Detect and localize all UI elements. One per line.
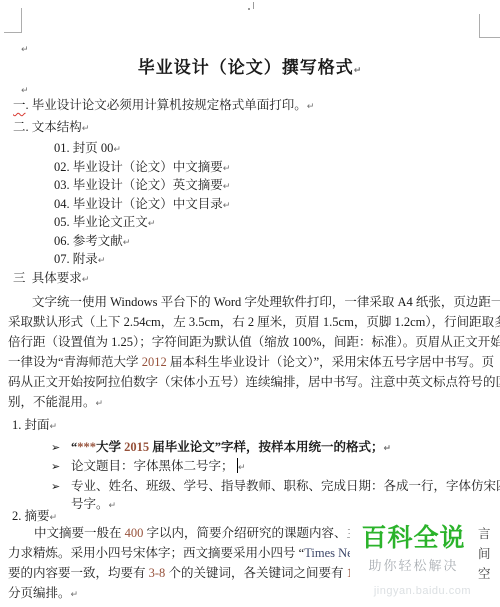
paragraph-line: 码从正文开始按阿拉伯数字（宋体小五号）连续编排，居中书写。注意中英文标点符号的区	[8, 372, 500, 392]
word-document-page[interactable]: ↵ 毕业设计（论文）撰写格式↵ ↵ 一. 毕业设计论文必须用计算机按规定格式单面…	[0, 0, 500, 607]
item-three-requirements: 三 具体要求↵	[13, 268, 89, 288]
item-one-print-rule: 一. 毕业设计论文必须用计算机按规定格式单面打印。↵	[13, 95, 314, 115]
margin-corner-mark-top-left-vertical	[21, 8, 22, 33]
clipped-text-fragment: 空	[478, 564, 492, 582]
document-title: 毕业设计（论文）撰写格式↵	[0, 56, 500, 80]
paragraph-line: 一律设为“青海师范大学 2012 届本科生毕业设计（论文）”，采用宋体五号字居中…	[8, 352, 494, 372]
margin-corner-mark-top-left-horizontal	[4, 32, 21, 33]
arrow-bullet-icon: ➢	[51, 477, 71, 497]
arrow-bullet-icon: ➢	[51, 438, 71, 458]
watermark-brand-text: 百科全说	[350, 523, 477, 553]
abstract-line: 要的内容要一致，均要有 3-8 个的关键词，各关键词之间要有 1 个	[8, 563, 368, 583]
page-top-artifact-dot	[248, 8, 250, 10]
toc-item-04: 04. 毕业设计（论文）中文目录↵	[54, 194, 230, 214]
baike-watermark: 百科全说 助你轻松解决 jingyan.baidu.com	[350, 511, 477, 607]
item-two-text-structure: 二. 文本结构↵	[13, 117, 89, 137]
section-1-cover-heading: 1. 封面↵	[12, 415, 57, 435]
abstract-line: 力求精炼。采用小四号宋体字；西文摘要采用小四号 “Times New	[8, 543, 362, 563]
abstract-line: 分页编排。↵	[8, 583, 78, 603]
paragraph-line: 别，不能混用。↵	[8, 392, 103, 412]
toc-item-03: 03. 毕业设计（论文）英文摘要↵	[54, 175, 230, 195]
toc-item-06: 06. 参考文献↵	[54, 231, 130, 251]
bullet-line-author-info-wrap: 号字。↵	[71, 494, 116, 514]
paragraph-line: 采取默认形式（上下 2.54cm，左 3.5cm，右 2 厘米，页眉 1.5cm…	[8, 312, 500, 332]
bullet-line-university-label: ➢“***大学 2015 届毕业论文”字样，按样本用统一的格式；↵	[51, 437, 391, 457]
toc-item-02: 02. 毕业设计（论文）中文摘要↵	[54, 157, 230, 177]
empty-paragraph-mark: ↵	[21, 38, 29, 58]
margin-corner-mark-top-right-vertical	[479, 14, 480, 38]
watermark-url: jingyan.baidu.com	[350, 585, 477, 597]
toc-item-05: 05. 毕业论文正文↵	[54, 212, 155, 232]
clipped-text-fragment: 言	[478, 524, 492, 542]
abstract-line: 中文摘要一般在 400 字以内，简要介绍研究的课题内容、主	[34, 523, 359, 543]
toc-item-01: 01. 封页 00↵	[54, 138, 121, 158]
clipped-text-fragment: 间	[478, 544, 492, 562]
arrow-bullet-icon: ➢	[51, 457, 71, 477]
page-top-artifact-bar	[253, 2, 254, 9]
margin-corner-mark-top-right-horizontal	[479, 37, 500, 38]
bullet-line-author-info: ➢专业、姓名、班级、学号、指导教师、职称、完成日期：各成一行，字体仿宋四	[51, 476, 500, 496]
paragraph-line: 文字统一使用 Windows 平台下的 Word 字处理软件打印，一律采取 A4…	[32, 292, 500, 312]
bullet-line-thesis-title: ➢论文题目：字体黑体二号字；↵	[51, 456, 246, 476]
paragraph-line: 倍行距（设置值为 1.25）；字符间距为默认值（缩放 100%，间距：标准）。页…	[8, 332, 500, 352]
toc-item-07: 07. 附录↵	[54, 249, 105, 269]
watermark-tagline: 助你轻松解决	[350, 555, 477, 574]
